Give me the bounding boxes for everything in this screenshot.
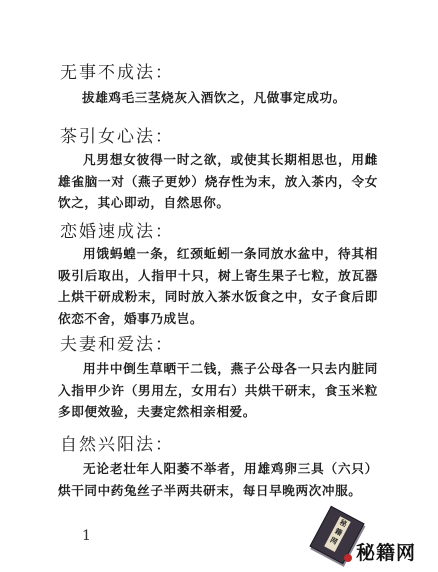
- watermark-logo: 秘籍网 秘籍网: [310, 510, 438, 572]
- section-heading: 夫妻和爱法：: [60, 330, 174, 355]
- section-heading: 无事不成法：: [60, 58, 174, 83]
- seal-icon: [344, 554, 352, 562]
- section-body: 无论老壮年人阳萎不举者，用雄鸡卵三具（六只）烘干同中药兔丝子半两共研末，每日早晚…: [58, 458, 378, 501]
- watermark-text: 秘籍网: [356, 538, 416, 565]
- book-label: 秘籍网: [324, 516, 351, 552]
- section-body: 拔雄鸡毛三茎烧灰入酒饮之，凡做事定成功。: [82, 87, 402, 109]
- section-body: 用饿蚂蝗一条，红颈蚯蚓一条同放水盆中，待其相吸引后取出，人指甲十只，树上寄生果子…: [58, 243, 378, 329]
- page-number: 1: [82, 528, 91, 544]
- section-heading: 恋婚速成法：: [60, 217, 174, 242]
- section-body: 凡男想女彼得一时之欲，或使其长期相思也，用雌雄雀脑一对（燕子更妙）烧存性为末，放…: [58, 149, 378, 214]
- section-body: 用井中倒生草晒干二钱，燕子公母各一只去内脏同入指甲少许（男用左，女用右）共烘干研…: [58, 358, 378, 423]
- section-heading: 自然兴阳法：: [60, 430, 174, 455]
- document-page: 无事不成法： 拔雄鸡毛三茎烧灰入酒饮之，凡做事定成功。 茶引女心法： 凡男想女彼…: [0, 0, 438, 572]
- section-heading: 茶引女心法：: [60, 122, 174, 147]
